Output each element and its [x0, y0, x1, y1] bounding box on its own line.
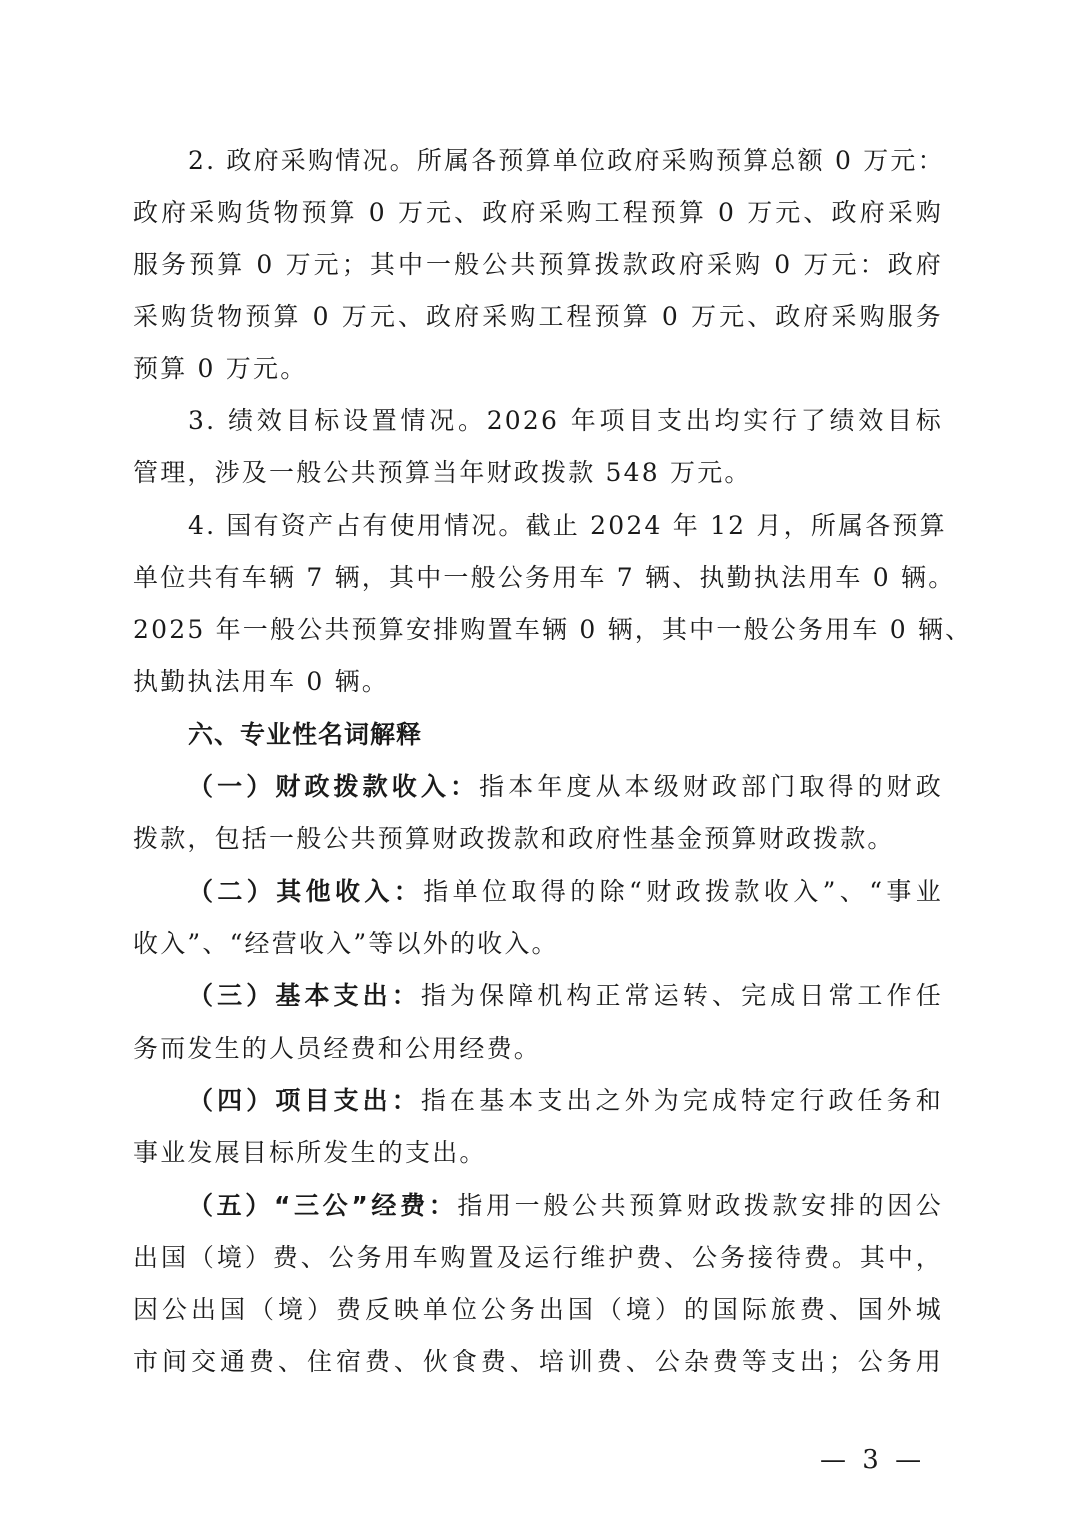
paragraph-performance-line: 管理，涉及一般公共预算当年财政拨款 548 万元。	[133, 456, 943, 490]
glossary-item-fiscal-appropriation: （一）财政拨款收入：指本年度从本级财政部门取得的财政	[188, 770, 943, 804]
glossary-definition-continuation: 因公出国（境）费反映单位公务出国（境）的国际旅费、国外城	[133, 1293, 943, 1327]
page-number: — 3 —	[820, 1445, 925, 1475]
glossary-definition-continuation: 拨款，包括一般公共预算财政拨款和政府性基金预算财政拨款。	[133, 822, 943, 856]
glossary-term: （二）其他收入：	[188, 877, 423, 906]
paragraph-procurement-line: 采购货物预算 0 万元、政府采购工程预算 0 万元、政府采购服务	[133, 300, 943, 334]
glossary-term: （四）项目支出：	[188, 1086, 421, 1115]
paragraph-procurement-line: 预算 0 万元。	[133, 352, 943, 386]
glossary-definition-continuation: 收入”、“经营收入”等以外的收入。	[133, 927, 943, 961]
paragraph-procurement-line: 政府采购货物预算 0 万元、政府采购工程预算 0 万元、政府采购	[133, 196, 943, 230]
paragraph-assets-line: 执勤执法用车 0 辆。	[133, 665, 943, 699]
section-heading-glossary: 六、专业性名词解释	[188, 718, 943, 752]
glossary-definition: 指本年度从本级财政部门取得的财政	[479, 772, 943, 801]
glossary-definition: 指为保障机构正常运转、完成日常工作任	[421, 981, 943, 1010]
glossary-definition-continuation: 出国（境）费、公务用车购置及运行维护费、公务接待费。其中，	[133, 1241, 943, 1275]
glossary-item-other-income: （二）其他收入：指单位取得的除“财政拨款收入”、“事业	[188, 875, 943, 909]
paragraph-assets-line: 4. 国有资产占有使用情况。截止 2024 年 12 月，所属各预算	[188, 509, 943, 543]
glossary-item-basic-expenditure: （三）基本支出：指为保障机构正常运转、完成日常工作任	[188, 979, 943, 1013]
glossary-definition: 指单位取得的除“财政拨款收入”、“事业	[423, 877, 943, 906]
glossary-term: （三）基本支出：	[188, 981, 421, 1010]
glossary-definition: 指在基本支出之外为完成特定行政任务和	[421, 1086, 943, 1115]
paragraph-procurement-line: 服务预算 0 万元；其中一般公共预算拨款政府采购 0 万元：政府	[133, 248, 943, 282]
glossary-term: （五）“三公”经费：	[188, 1191, 457, 1220]
glossary-definition-continuation: 事业发展目标所发生的支出。	[133, 1136, 943, 1170]
paragraph-assets-line: 2025 年一般公共预算安排购置车辆 0 辆，其中一般公务用车 0 辆、	[133, 613, 943, 647]
glossary-term: （一）财政拨款收入：	[188, 772, 479, 801]
glossary-definition-continuation: 市间交通费、住宿费、伙食费、培训费、公杂费等支出；公务用	[133, 1345, 943, 1379]
paragraph-procurement-line: 2. 政府采购情况。所属各预算单位政府采购预算总额 0 万元：	[188, 144, 943, 178]
paragraph-assets-line: 单位共有车辆 7 辆，其中一般公务用车 7 辆、执勤执法用车 0 辆。	[133, 561, 943, 595]
paragraph-performance-line: 3. 绩效目标设置情况。2026 年项目支出均实行了绩效目标	[188, 404, 943, 438]
glossary-item-three-public-expenses: （五）“三公”经费：指用一般公共预算财政拨款安排的因公	[188, 1189, 943, 1223]
glossary-item-project-expenditure: （四）项目支出：指在基本支出之外为完成特定行政任务和	[188, 1084, 943, 1118]
glossary-definition-continuation: 务而发生的人员经费和公用经费。	[133, 1032, 943, 1066]
glossary-definition: 指用一般公共预算财政拨款安排的因公	[457, 1191, 943, 1220]
